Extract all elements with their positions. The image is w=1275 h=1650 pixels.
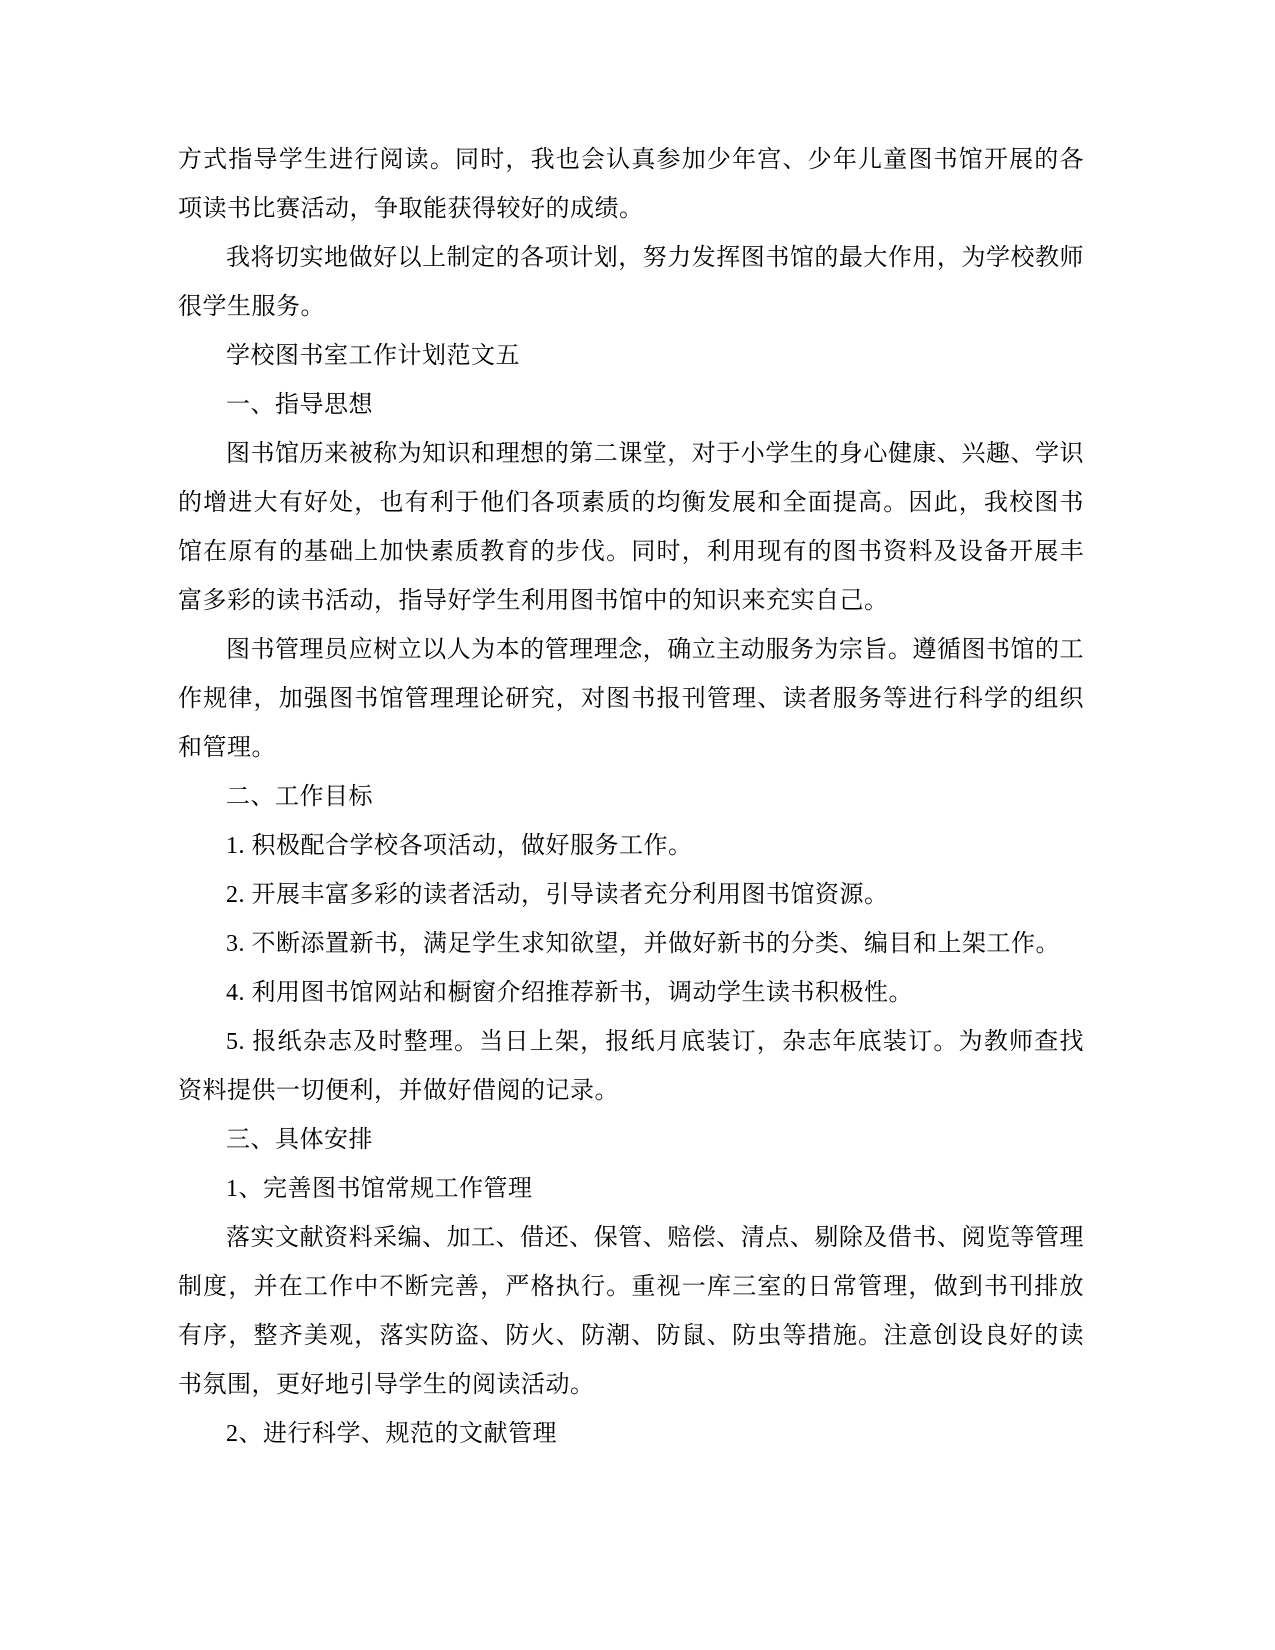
- document-title-line: 学校图书室工作计划范文五: [178, 332, 1084, 381]
- numbered-item-1: 1. 积极配合学校各项活动，做好服务工作。: [178, 822, 1084, 871]
- paragraph: 图书馆历来被称为知识和理想的第二课堂，对于小学生的身心健康、兴趣、学识的增进大有…: [178, 430, 1084, 626]
- numbered-item-4: 4. 利用图书馆网站和橱窗介绍推荐新书，调动学生读书积极性。: [178, 969, 1084, 1018]
- section-heading-3: 三、具体安排: [178, 1116, 1084, 1165]
- sub-heading-1: 1、完善图书馆常规工作管理: [178, 1165, 1084, 1214]
- numbered-item-3: 3. 不断添置新书，满足学生求知欲望，并做好新书的分类、编目和上架工作。: [178, 920, 1084, 969]
- numbered-item-2: 2. 开展丰富多彩的读者活动，引导读者充分利用图书馆资源。: [178, 871, 1084, 920]
- paragraph: 落实文献资料采编、加工、借还、保管、赔偿、清点、剔除及借书、阅览等管理制度，并在…: [178, 1214, 1084, 1410]
- sub-heading-2: 2、进行科学、规范的文献管理: [178, 1410, 1084, 1459]
- document-body: 方式指导学生进行阅读。同时，我也会认真参加少年宫、少年儿童图书馆开展的各项读书比…: [178, 136, 1084, 1459]
- paragraph-continuation: 方式指导学生进行阅读。同时，我也会认真参加少年宫、少年儿童图书馆开展的各项读书比…: [178, 136, 1084, 234]
- numbered-item-5: 5. 报纸杂志及时整理。当日上架，报纸月底装订，杂志年底装订。为教师查找资料提供…: [178, 1018, 1084, 1116]
- document-page: 方式指导学生进行阅读。同时，我也会认真参加少年宫、少年儿童图书馆开展的各项读书比…: [0, 0, 1275, 1650]
- section-heading-2: 二、工作目标: [178, 773, 1084, 822]
- section-heading-1: 一、指导思想: [178, 381, 1084, 430]
- paragraph: 我将切实地做好以上制定的各项计划，努力发挥图书馆的最大作用，为学校教师很学生服务…: [178, 234, 1084, 332]
- paragraph: 图书管理员应树立以人为本的管理理念，确立主动服务为宗旨。遵循图书馆的工作规律，加…: [178, 626, 1084, 773]
